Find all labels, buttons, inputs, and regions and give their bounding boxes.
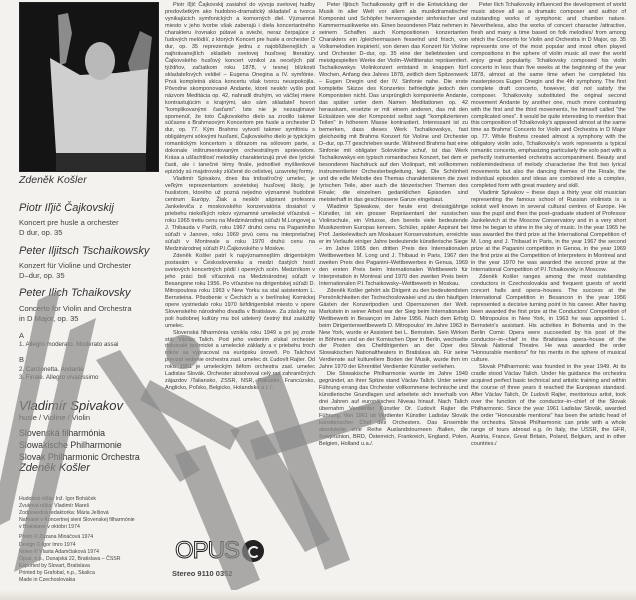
soloist-role: husle / Violine / Violin — [19, 413, 90, 422]
credit-line: Nahrané v Koncertnej sieni Slovenskej fi… — [19, 517, 169, 524]
opus-logo: OPUS — [175, 537, 264, 565]
composer-name-english: Peter Ilich Tchaikovsky — [19, 287, 130, 299]
opus-logo-mark-icon — [242, 540, 264, 562]
notes-paragraph: Peter Iljitsch Tschaikowsky griff in die… — [319, 2, 468, 204]
credit-line: Opus, n.p., Dunajská 22, Bratislava – ČS… — [19, 556, 169, 563]
conductor-photo — [19, 2, 159, 172]
notes-paragraph: Peter Ilich Tchaikovsky influenced the d… — [471, 2, 626, 190]
orchestra-german: Slowakische Philharmonie — [19, 440, 122, 450]
credit-line: Hudobná réžia: Inž. Igor Boháček — [19, 496, 169, 503]
soloist-name: Vladimír Spivakov — [19, 398, 123, 413]
credit-line: v Bratislave v októbri 1974 — [19, 524, 169, 531]
notes-paragraph: Slovak Philharmonic was founded in the y… — [471, 364, 626, 448]
opus-logo-text: OPUS — [175, 537, 239, 565]
composer-name-german: Peter Iljitsch Tschaikowsky — [19, 245, 149, 257]
notes-column-german: Peter Iljitsch Tschaikowsky griff in die… — [319, 2, 468, 448]
credit-line: Zodpovedná redaktorka: Mária Jelšová — [19, 510, 169, 517]
work-title-line: D–dur, op. 35 — [19, 271, 131, 281]
catalog-number: Stereo 9110 0352 — [172, 569, 232, 578]
notes-paragraph: Vladimír Spivakov, dnes iba tridsaťročný… — [165, 176, 315, 253]
conductor-photo-illustration — [20, 3, 158, 171]
notes-paragraph: Zdeněk Košler ranges among the most outs… — [471, 274, 626, 365]
conductor-name: Zdeněk Košler — [19, 462, 90, 474]
work-title-slovak: Koncert pre husle a orchester D dur, op.… — [19, 218, 119, 238]
work-title-german: Konzert für Violine und Orchester D–dur,… — [19, 261, 131, 281]
notes-paragraph: Vladimir Spivakov – these days a thirty … — [471, 190, 626, 274]
track-1: 1. Allegro moderato. Moderato assai — [19, 341, 118, 348]
liner-notes-page: Zdeněk Košler Piotr Iľjič Čajkovskij Kon… — [0, 0, 636, 600]
side-a-label: A — [19, 331, 24, 340]
orchestra-slovak: Slovenská filharmónia — [19, 428, 105, 438]
work-title-line: Concerto for Violin and Orchestra — [19, 304, 132, 314]
credit-line: Printed by Grafobal, n.p., Skalica — [19, 570, 169, 577]
notes-paragraph: Piotr Iľjič Čajkovskij zasiahol do vývoj… — [165, 2, 315, 176]
credit-line: Design © Igor Imro 1974 — [19, 542, 169, 549]
photo-caption: Zdeněk Košler — [19, 174, 87, 186]
credit-line: Photo © Zuzana Mináčová 1974 — [19, 534, 169, 541]
side-b-label: B — [19, 355, 24, 364]
production-credits: Hudobná réžia: Inž. Igor Boháček Zvuková… — [19, 496, 169, 584]
work-title-line: Konzert für Violine und Orchester — [19, 261, 131, 271]
work-title-line: D dur, op. 35 — [19, 228, 119, 238]
credit-line: Zvuková réžia: Vladimír Mareš — [19, 503, 169, 510]
work-title-line: Koncert pre husle a orchester — [19, 218, 119, 228]
notes-column-slovak: Piotr Iľjič Čajkovskij zasiahol do vývoj… — [165, 2, 315, 392]
track-2: 2. Canzonetta. Andante — [19, 366, 84, 373]
work-title-line: in D Major, op. 35 — [19, 314, 132, 324]
credit-line: Made in Czechoslovakia — [19, 577, 169, 584]
orchestra-english: Slovak Philharmonic Orchestra — [19, 452, 140, 462]
notes-paragraph: Wladimir Spiwakow, der heute erst dreiss… — [319, 204, 468, 288]
notes-paragraph: Zdeněk Košler gehört als Dirigent zu den… — [319, 288, 468, 372]
credit-line: Notes © Vlasta Adamčiaková 1974 — [19, 549, 169, 556]
work-title-english: Concerto for Violin and Orchestra in D M… — [19, 304, 132, 324]
track-3: 3. Finale. Allegro vivacissimo — [19, 374, 98, 381]
notes-paragraph: Zdeněk Košler patrí k najvýznamnejším di… — [165, 253, 315, 330]
notes-column-english: Peter Ilich Tchaikovsky influenced the d… — [471, 2, 626, 448]
composer-name-slovak: Piotr Iľjič Čajkovskij — [19, 202, 114, 214]
notes-paragraph: Die Slowakische Philharmonie wurde im Ja… — [319, 371, 468, 448]
sleeve-edge — [0, 590, 636, 600]
credit-line: Exported by Slovart, Bratislava — [19, 563, 169, 570]
notes-paragraph: Slovenská filharmónia vznikla roku 1949 … — [165, 330, 315, 393]
